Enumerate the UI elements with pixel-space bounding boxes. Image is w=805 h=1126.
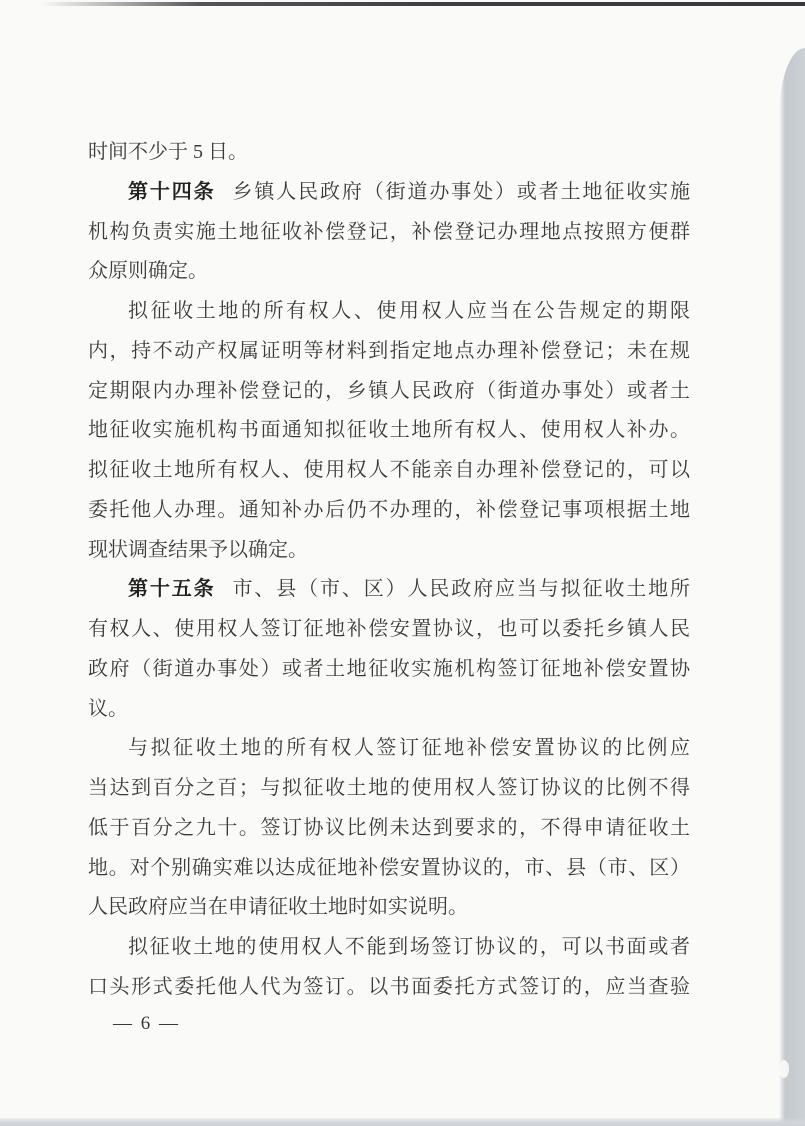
text-line: 地征收实施机构书面通知拟征收土地所有权人、使用权人补办。: [88, 411, 690, 451]
line-text: 有权人、使用权人签订征地补偿安置协议，也可以委托乡镇人民: [88, 618, 690, 640]
line-text: 低于百分之九十。签订协议比例未达到要求的，不得申请征收土: [88, 817, 690, 839]
text-line: 委托他人办理。通知补办后仍不办理的，补偿登记事项根据土地: [88, 491, 690, 531]
line-text: 机构负责实施土地征收补偿登记，补偿登记办理地点按照方便群: [88, 221, 690, 243]
text-line: 第十四条乡镇人民政府（街道办事处）或者土地征收实施: [88, 173, 690, 213]
text-line: 政府（街道办事处）或者土地征收实施机构签订征地补偿安置协: [88, 650, 690, 690]
text-line: 拟征收土地的使用权人不能到场签订协议的，可以书面或者: [88, 928, 690, 968]
text-line: 现状调查结果予以确定。: [88, 531, 690, 571]
scan-right-edge-notch: [779, 1060, 789, 1078]
text-line: 低于百分之九十。签订协议比例未达到要求的，不得申请征收土: [88, 809, 690, 849]
line-text: 乡镇人民政府（街道办事处）或者土地征收实施: [233, 181, 691, 203]
line-text: 拟征收土地的所有权人、使用权人应当在公告规定的期限: [128, 300, 690, 322]
line-text: 时间不少于 5 日。: [88, 141, 248, 163]
text-line: 与拟征收土地的所有权人签订征地补偿安置协议的比例应: [88, 729, 690, 769]
text-line: 地。对个别确实难以达成征地补偿安置协议的，市、县（市、区）: [88, 849, 690, 889]
text-line: 机构负责实施土地征收补偿登记，补偿登记办理地点按照方便群: [88, 213, 690, 253]
text-line: 定期限内办理补偿登记的，乡镇人民政府（街道办事处）或者土: [88, 372, 690, 412]
line-text: 委托他人办理。通知补办后仍不办理的，补偿登记事项根据土地: [88, 499, 690, 521]
text-line: 众原则确定。: [88, 252, 690, 292]
text-line: 口头形式委托他人代为签订。以书面委托方式签订的，应当查验: [88, 968, 690, 1008]
line-text: 人民政府应当在申请征收土地时如实说明。: [88, 896, 468, 918]
text-line: 内，持不动产权属证明等材料到指定地点办理补偿登记；未在规: [88, 332, 690, 372]
line-text: 口头形式委托他人代为签订。以书面委托方式签订的，应当查验: [88, 976, 690, 998]
line-text: 地。对个别确实难以达成征地补偿安置协议的，市、县（市、区）: [88, 857, 690, 879]
line-text: 议。: [88, 698, 128, 720]
line-text: 拟征收土地所有权人、使用权人不能亲自办理补偿登记的，可以: [88, 459, 690, 481]
line-text: 内，持不动产权属证明等材料到指定地点办理补偿登记；未在规: [88, 340, 690, 362]
text-line: 拟征收土地的所有权人、使用权人应当在公告规定的期限: [88, 292, 690, 332]
text-line: 当达到百分之百；与拟征收土地的使用权人签订协议的比例不得: [88, 769, 690, 809]
text-line: 有权人、使用权人签订征地补偿安置协议，也可以委托乡镇人民: [88, 610, 690, 650]
line-text: 众原则确定。: [88, 260, 208, 282]
line-text: 地征收实施机构书面通知拟征收土地所有权人、使用权人补办。: [88, 419, 690, 441]
article-number: 第十四条: [128, 181, 216, 203]
line-text: 现状调查结果予以确定。: [88, 539, 308, 561]
text-line: 拟征收土地所有权人、使用权人不能亲自办理补偿登记的，可以: [88, 451, 690, 491]
line-text: 定期限内办理补偿登记的，乡镇人民政府（街道办事处）或者土: [88, 380, 690, 402]
line-text: 与拟征收土地的所有权人签订征地补偿安置协议的比例应: [128, 737, 690, 759]
scan-top-edge-line: [0, 2, 805, 6]
scan-right-edge-shadow: [779, 48, 805, 1126]
text-line: 时间不少于 5 日。: [88, 133, 690, 173]
text-line: 议。: [88, 690, 690, 730]
line-text: 拟征收土地的使用权人不能到场签订协议的，可以书面或者: [128, 936, 690, 958]
text-line: 第十五条市、县（市、区）人民政府应当与拟征收土地所: [88, 570, 690, 610]
page-number: — 6 —: [113, 1013, 180, 1035]
article-number: 第十五条: [128, 578, 216, 600]
line-text: 政府（街道办事处）或者土地征收实施机构签订征地补偿安置协: [88, 658, 690, 680]
line-text: 当达到百分之百；与拟征收土地的使用权人签订协议的比例不得: [88, 777, 690, 799]
scanned-page: 时间不少于 5 日。 第十四条乡镇人民政府（街道办事处）或者土地征收实施 机构负…: [0, 0, 805, 1126]
line-text: 市、县（市、区）人民政府应当与拟征收土地所: [233, 578, 691, 600]
text-line: 人民政府应当在申请征收土地时如实说明。: [88, 888, 690, 928]
scan-bottom-edge-shadow: [0, 1118, 805, 1126]
document-body: 时间不少于 5 日。 第十四条乡镇人民政府（街道办事处）或者土地征收实施 机构负…: [88, 133, 690, 1008]
